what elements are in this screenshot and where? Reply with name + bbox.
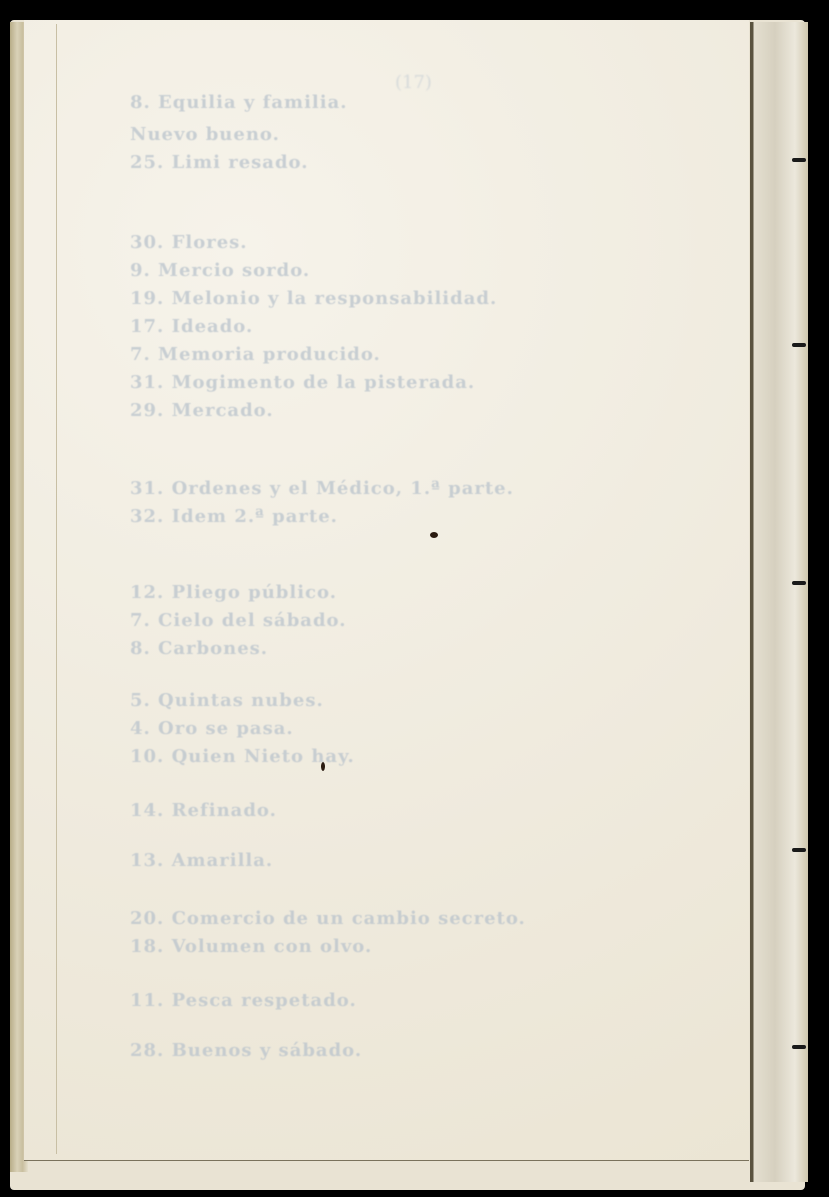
text-line: Nuevo bueno. <box>130 124 280 145</box>
text-line: 9. Mercio sordo. <box>130 260 310 281</box>
text-line: 17. Ideado. <box>130 316 253 337</box>
text-line: 8. Carbones. <box>130 638 268 659</box>
text-line: 31. Mogimento de la pisterada. <box>130 372 475 393</box>
text-line: 5. Quintas nubes. <box>130 690 324 711</box>
text-line: 7. Memoria producido. <box>130 344 381 365</box>
binding-stitch <box>792 1045 806 1049</box>
binding-stitch <box>792 848 806 852</box>
binding-stitch <box>792 343 806 347</box>
text-line: 18. Volumen con olvo. <box>130 936 372 957</box>
text-line: 11. Pesca respetado. <box>130 990 357 1011</box>
text-line: 30. Flores. <box>130 232 248 253</box>
text-line: 29. Mercado. <box>130 400 274 421</box>
text-line: 19. Melonio y la responsabilidad. <box>130 288 497 309</box>
text-line: 20. Comercio de un cambio secreto. <box>130 908 526 929</box>
text-line: 25. Limi resado. <box>130 152 309 173</box>
ink-spot <box>430 532 438 538</box>
text-line: 28. Buenos y sábado. <box>130 1040 362 1061</box>
text-line: 10. Quien Nieto hay. <box>130 746 355 767</box>
binding-stitch <box>792 581 806 585</box>
text-line: 14. Refinado. <box>130 800 277 821</box>
gutter-fold <box>56 24 57 1154</box>
binding-stitch <box>792 158 806 162</box>
text-line: 8. Equilia y familia. <box>130 92 348 113</box>
text-line: 4. Oro se pasa. <box>130 718 294 739</box>
text-line: 32. Idem 2.ª parte. <box>130 506 338 527</box>
text-line: 13. Amarilla. <box>130 850 273 871</box>
book-spine <box>750 22 808 1182</box>
text-line: 12. Pliego público. <box>130 582 337 603</box>
page-number: (17) <box>395 72 432 93</box>
text-line: 31. Ordenes y el Médico, 1.ª parte. <box>130 478 514 499</box>
text-line: 7. Cielo del sábado. <box>130 610 347 631</box>
